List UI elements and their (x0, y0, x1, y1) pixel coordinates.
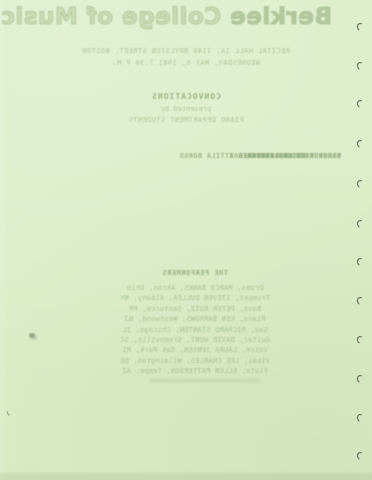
performer-line: Drums, MARCO BANKS, Akron, Ohio (90, 283, 300, 293)
program-row: FINALEENSEMBLE (270, 152, 341, 160)
ink-speck (29, 333, 35, 338)
address-line-1: RECITAL HALL 1A, 1140 BOYLSTON STREET, B… (0, 47, 372, 55)
performer-line: Guitar, DAVID HURT, Greenville, SC (90, 335, 300, 345)
program-performer: ATTILA BORGO (179, 152, 233, 160)
presenter-line: PIANO DEPARTMENT STUDENTS (0, 116, 372, 124)
performer-line: Sax, RICHARD STANTON, Chicago, IL (90, 325, 300, 335)
program-title: FINALE (314, 152, 341, 160)
logo-rest: College of Music (1, 4, 230, 30)
performer-line: Trumpet, STEVEN DULLEA, Albany, NY (90, 293, 300, 303)
logo-word-berklee: Berklee (230, 4, 332, 30)
address-line-2: WEDNESDAY, MAY 6, 1981 7:30 P.M. (0, 59, 372, 67)
performers-list: Drums, MARCO BANKS, Akron, OhioTrumpet, … (90, 283, 300, 377)
program-performer: ENSEMBLE (270, 152, 306, 160)
performer-line: Vibes, LEE CHARLES, Wilmington, DE (90, 356, 300, 366)
scan-streak (150, 379, 260, 382)
presented-by-line: presented by (0, 105, 372, 113)
bleed-through-layer: Berklee College of Music RECITAL HALL 1A… (0, 0, 372, 480)
performers-heading: THE PERFORMERS (18, 269, 372, 277)
performer-line: Flute, ELLEN PATTERSON, Tempe, AZ (90, 366, 300, 376)
scanned-page: Berklee College of Music RECITAL HALL 1A… (0, 0, 372, 480)
berklee-logo: Berklee College of Music (8, 4, 332, 30)
heading-convocations: CONVOCATIONS (0, 92, 372, 101)
performer-line: Piano, KEN BARROWS, Westwood, NJ (90, 314, 300, 324)
performer-line: Voice, LAURA JENSEN, Oak Park, MI (90, 345, 300, 355)
performer-line: Bass, PETER RUIZ, Santurce, PR (90, 304, 300, 314)
